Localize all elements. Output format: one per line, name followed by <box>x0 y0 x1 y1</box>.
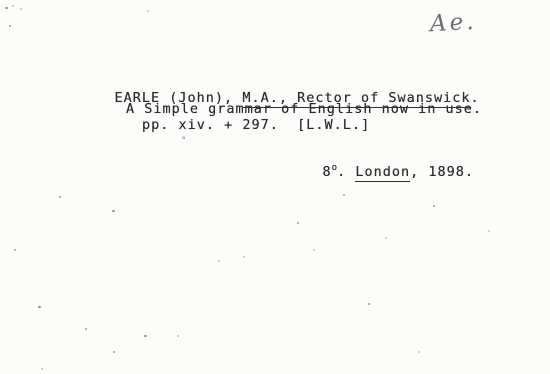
format-numeral: 8 <box>323 164 332 180</box>
noise-speck <box>433 205 435 207</box>
noise-speck <box>85 328 87 330</box>
noise-speck <box>59 196 61 198</box>
noise-speck <box>144 335 147 337</box>
noise-speck <box>343 194 345 196</box>
classmark-annotation: Ae. <box>429 9 477 37</box>
noise-speck <box>368 303 370 305</box>
noise-speck <box>147 10 149 12</box>
noise-speck <box>218 260 220 262</box>
noise-speck <box>113 351 115 353</box>
noise-speck <box>243 256 245 258</box>
noise-speck <box>14 249 16 251</box>
noise-speck <box>297 222 299 224</box>
noise-speck <box>20 8 22 10</box>
imprint-line: 8o. London, 1898. <box>286 146 474 197</box>
noise-speck <box>12 5 14 7</box>
noise-speck <box>112 210 115 212</box>
noise-speck <box>9 25 11 27</box>
noise-speck <box>488 230 490 232</box>
stray-degree-mark: ° <box>181 136 186 146</box>
noise-speck <box>5 7 8 9</box>
catalogue-card: Ae. EARLE (John), M.A., Rector of Swansw… <box>0 0 550 374</box>
noise-speck <box>409 98 411 100</box>
noise-speck <box>313 249 315 251</box>
book-title-line: A Simple grammar of English now in use. <box>126 102 482 117</box>
imprint-separator: . <box>337 164 355 180</box>
publication-year: , 1898. <box>410 164 474 180</box>
collation-line: pp. xiv. + 297. [L.W.L.] <box>142 118 370 133</box>
noise-speck <box>418 351 420 353</box>
publication-place: London <box>355 165 410 182</box>
noise-speck <box>385 237 387 239</box>
noise-speck <box>41 368 43 370</box>
noise-speck <box>38 306 41 308</box>
noise-speck <box>177 335 179 337</box>
